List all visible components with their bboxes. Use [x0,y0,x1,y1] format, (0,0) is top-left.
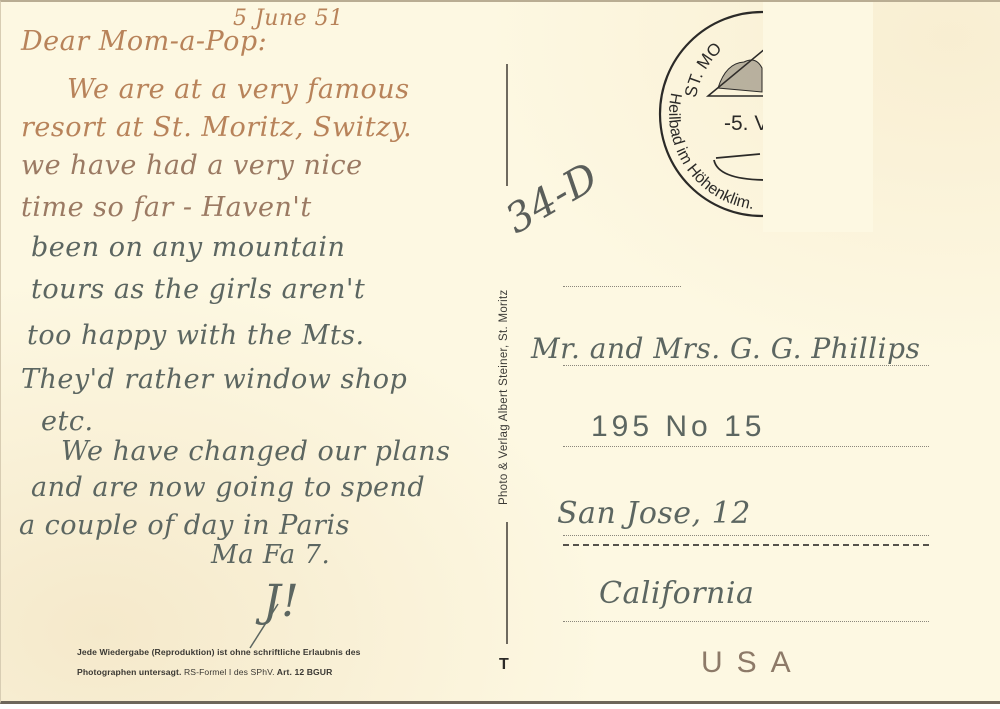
message-line: we have had a very nice [21,150,363,181]
printer-mark: T [499,656,509,674]
svg-text:Heilbad im Höhenklim.: Heilbad im Höhenklim. [665,92,755,213]
message-line: time so far - Haven't [21,192,312,223]
address-country: USA [701,646,805,680]
copyright-line-2-formula: RS-Formel I des SPhV. [184,667,275,677]
signature-flourish [246,602,286,652]
signature: Ma Fa 7. [211,540,330,570]
pencil-annotation: 34-D [498,154,606,243]
address-line-1 [563,365,929,366]
address-city: San Jose, 12 [557,496,751,531]
postcard-back: 5 June 51 Dear Mom-a-Pop: We are at a ve… [0,0,1000,704]
address-line-4 [563,621,929,622]
center-divider-bottom [506,522,508,644]
copyright-line-2-bold: Photographen untersagt. [77,667,181,677]
copyright-line-1: Jede Wiedergabe (Reproduktion) ist ohne … [77,647,360,657]
message-line: resort at St. Moritz, Switzy. [21,112,412,143]
address-line-0 [563,286,681,287]
center-divider-top [506,64,508,186]
copyright-line-2-article: Art. 12 BGUR [277,667,333,677]
svg-text:ST. MO: ST. MO [681,39,725,99]
message-line: etc. [41,406,94,437]
postmark-arc-text: Heilbad im Höhenklim. [665,92,755,213]
message-line: too happy with the Mts. [27,320,365,351]
message-line: We have changed our plans [61,436,450,467]
message-line: and are now going to spend [31,472,425,503]
message-greeting: Dear Mom-a-Pop: [21,26,267,57]
postmark-top-text: ST. MO [681,39,725,99]
publisher-credit: Photo & Verlag Albert Steiner, St. Morit… [498,289,510,505]
copyright-line-2: Photographen untersagt. RS-Formel I des … [77,667,332,677]
address-line-3 [563,535,929,536]
message-line: They'd rather window shop [21,364,407,395]
message-line: tours as the girls aren't [31,274,365,305]
message-line: We are at a very famous [67,74,410,105]
message-line: been on any mountain [31,232,345,263]
address-line-2 [563,446,929,447]
address-recipient: Mr. and Mrs. G. G. Phillips [531,332,920,365]
message-line: a couple of day in Paris [19,510,350,541]
address-state: California [599,576,754,611]
address-line-3-rule [563,544,929,546]
address-street: 195 No 15 [591,410,765,444]
postmark-cutoff [763,2,873,232]
